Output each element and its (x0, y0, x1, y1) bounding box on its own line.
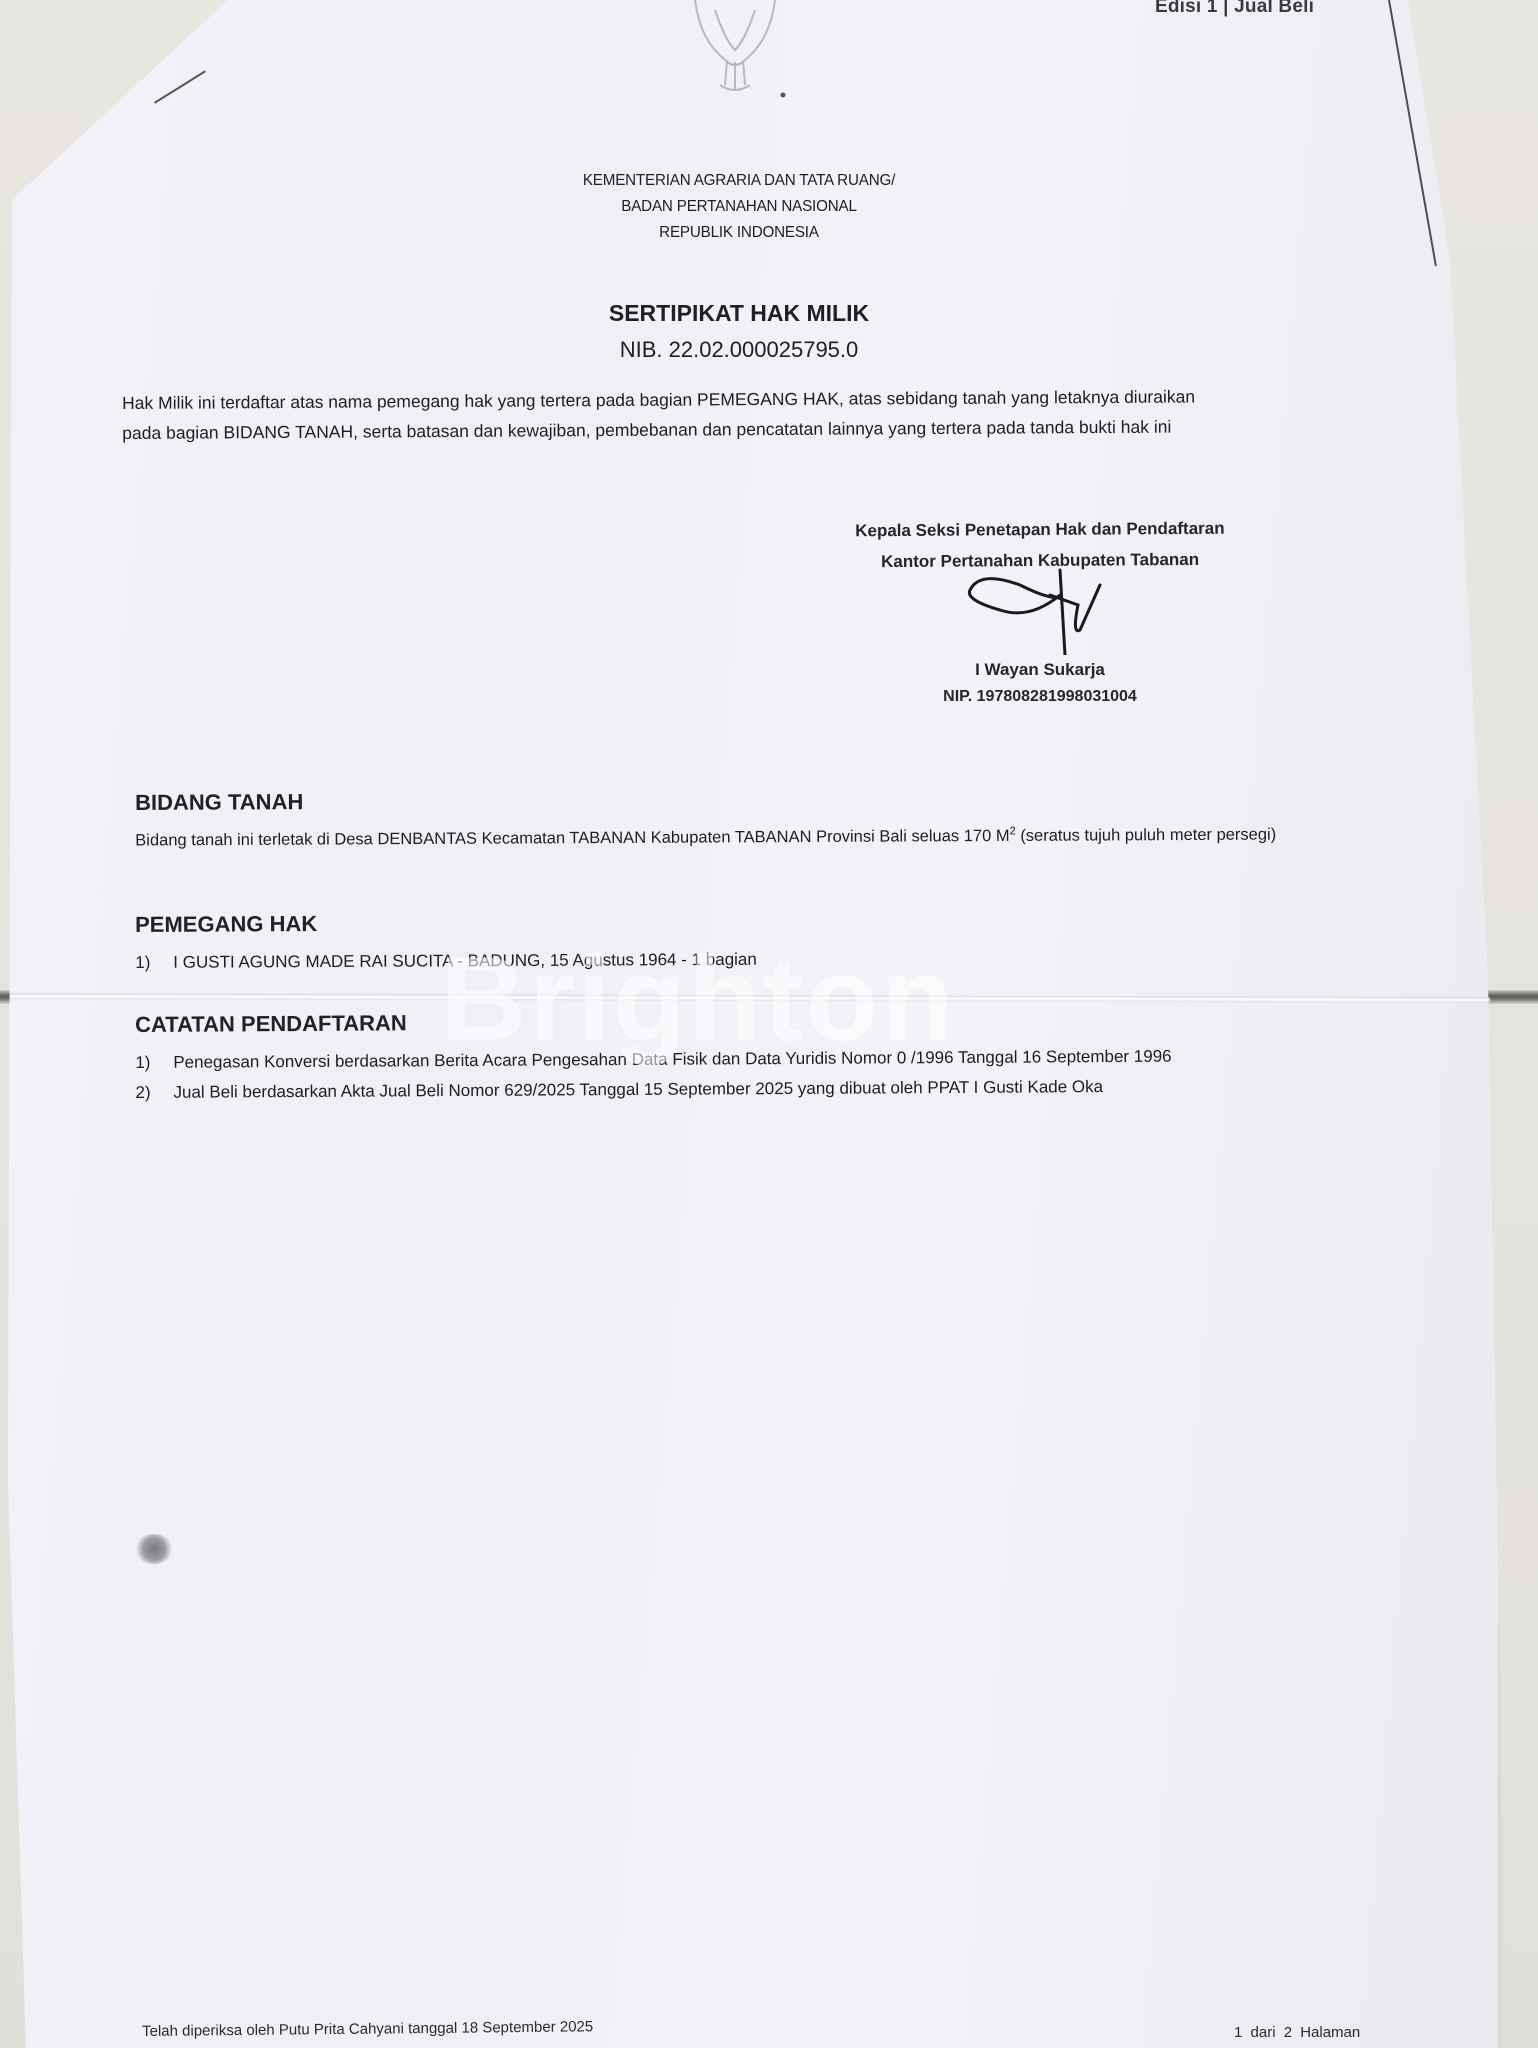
agency-line: BADAN PERTANAHAN NASIONAL (37, 194, 1441, 220)
section-heading: PEMEGANG HAK (135, 906, 1335, 938)
holder-entry: I GUSTI AGUNG MADE RAI SUCITA - BADUNG, … (173, 945, 757, 978)
signatory-name: I Wayan Sukarja (830, 660, 1250, 680)
land-area-words: (seratus tujuh puluh meter persegi) (1016, 826, 1277, 845)
garuda-emblem-icon (655, 0, 815, 100)
intro-paragraph: Hak Milik ini terdaftar atas nama pemega… (122, 380, 1362, 448)
issuing-authority: KEMENTERIAN AGRARIA DAN TATA RUANG/ BADA… (0, 168, 1478, 246)
nib-number: NIB. 22.02.000025795.0 (0, 337, 1478, 363)
list-number: 1) (135, 948, 173, 978)
section-pemegang-hak: PEMEGANG HAK 1) I GUSTI AGUNG MADE RAI S… (135, 906, 1335, 978)
signatory-nip: NIP. 197808281998031004 (830, 688, 1250, 706)
section-bidang-tanah: BIDANG TANAH Bidang tanah ini terletak d… (135, 784, 1335, 851)
list-number: 1) (135, 1048, 173, 1078)
list-number: 2) (135, 1078, 173, 1108)
ink-smudge (135, 1534, 173, 1564)
section-catatan-pendaftaran: CATATAN PENDAFTARAN 1) Penegasan Konvers… (135, 1005, 1336, 1108)
holder-list: 1) I GUSTI AGUNG MADE RAI SUCITA - BADUN… (135, 942, 1335, 978)
signatory-position: Kepala Seksi Penetapan Hak dan Pendaftar… (830, 513, 1250, 547)
registration-notes-list: 1) Penegasan Konversi berdasarkan Berita… (135, 1041, 1335, 1108)
section-heading: BIDANG TANAH (135, 784, 1335, 816)
registration-note: Jual Beli berdasarkan Akta Jual Beli Nom… (173, 1072, 1103, 1108)
country-line: REPUBLIK INDONESIA (37, 220, 1441, 246)
ministry-line: KEMENTERIAN AGRARIA DAN TATA RUANG/ (37, 168, 1441, 194)
list-item: 1) I GUSTI AGUNG MADE RAI SUCITA - BADUN… (135, 942, 1335, 978)
handwritten-signature-icon (960, 565, 1110, 655)
certificate-title: SERTIPIKAT HAK MILIK (0, 300, 1478, 327)
edition-label: Edisi 1 | Jual Beli (1155, 0, 1314, 18)
land-description-text: Bidang tanah ini terletak di Desa DENBAN… (135, 827, 1009, 850)
page-indicator: 1 dari 2 Halaman (1234, 2024, 1360, 2041)
